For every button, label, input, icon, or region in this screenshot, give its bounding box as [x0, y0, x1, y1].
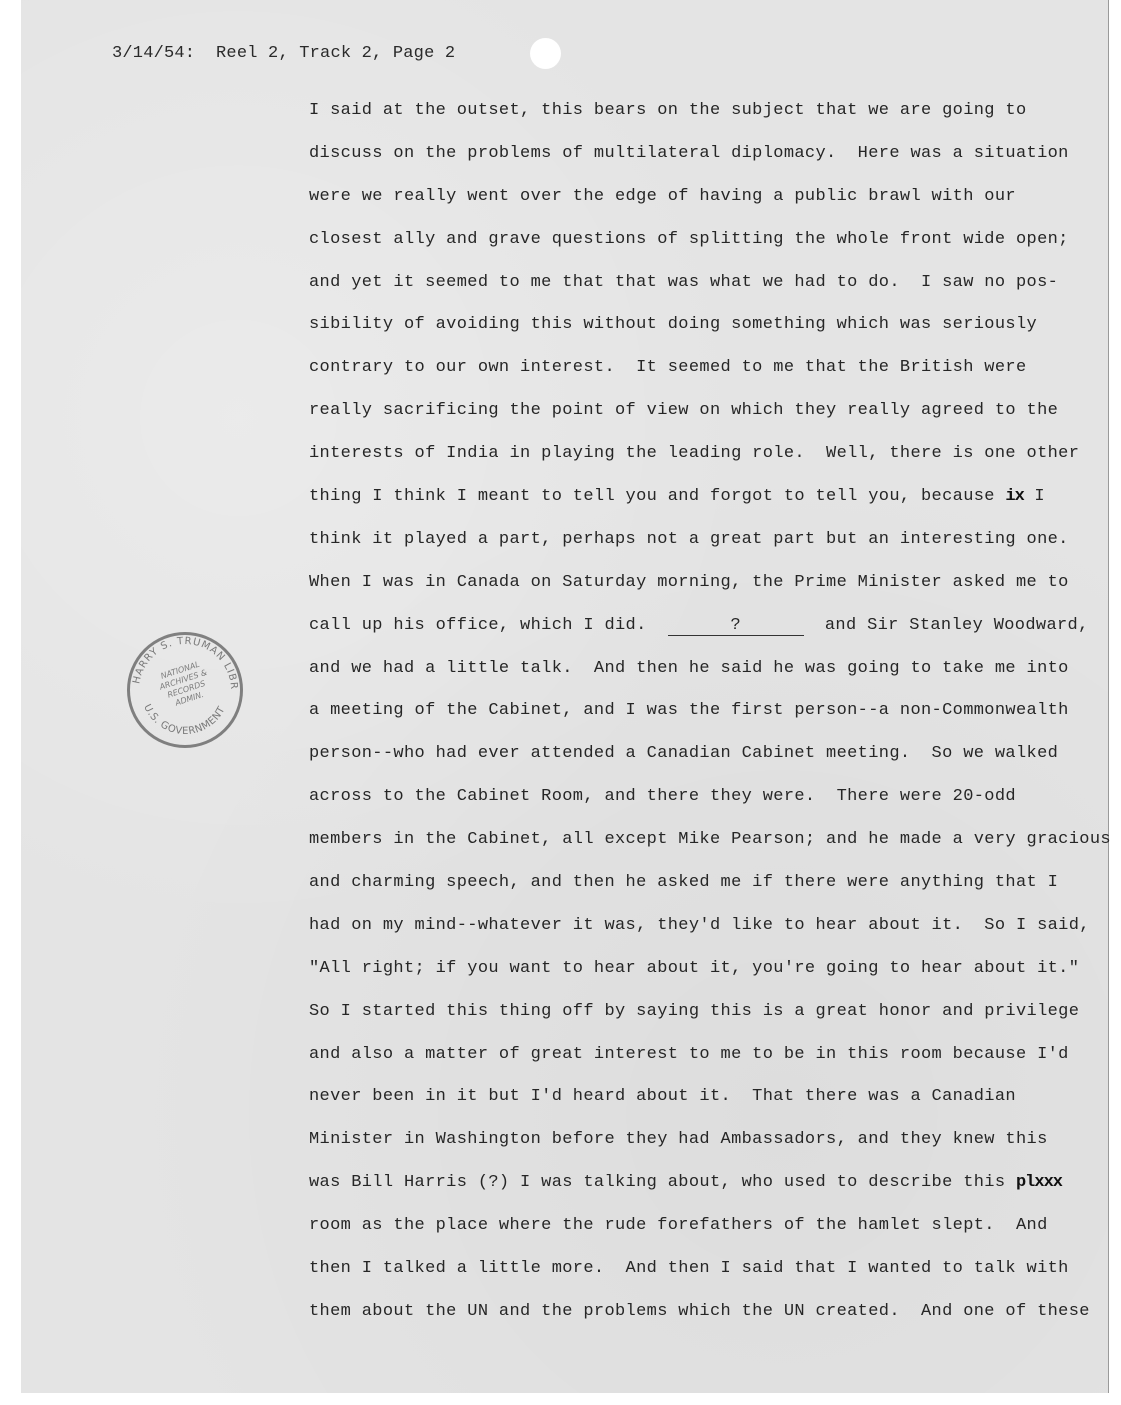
transcript-line: never been in it but I'd heard about it.…	[309, 1076, 1111, 1119]
transcript-line: really sacrificing the point of view on …	[309, 390, 1111, 433]
header-reel-track-page: Reel 2, Track 2, Page 2	[216, 44, 455, 63]
line-text: I	[1024, 487, 1045, 506]
line-text: thing I think I meant to tell you and fo…	[309, 487, 1005, 506]
transcript-line: interests of India in playing the leadin…	[309, 433, 1111, 476]
punch-hole	[530, 38, 561, 69]
stamp-bottom-text: U.S. GOVERNMENT	[141, 703, 228, 737]
line-text: call up his office, which I did.	[309, 616, 668, 635]
transcript-line: think it played a part, perhaps not a gr…	[309, 519, 1111, 562]
transcript-line: and also a matter of great interest to m…	[309, 1034, 1111, 1077]
transcript-body: I said at the outset, this bears on the …	[309, 90, 1111, 1334]
transcript-line: and we had a little talk. And then he sa…	[309, 648, 1111, 691]
transcript-line: room as the place where the rude forefat…	[309, 1205, 1111, 1248]
transcript-line: closest ally and grave questions of spli…	[309, 219, 1111, 262]
transcript-line: a meeting of the Cabinet, and I was the …	[309, 690, 1111, 733]
transcript-line: call up his office, which I did. ? and S…	[309, 605, 1111, 648]
transcript-line: was Bill Harris (?) I was talking about,…	[309, 1162, 1111, 1205]
transcript-line: them about the UN and the problems which…	[309, 1291, 1111, 1334]
transcript-line: Minister in Washington before they had A…	[309, 1119, 1111, 1162]
transcript-header: 3/14/54: Reel 2, Track 2, Page 2	[112, 44, 455, 63]
transcript-line: had on my mind--whatever it was, they'd …	[309, 905, 1111, 948]
transcript-line: "All right; if you want to hear about it…	[309, 948, 1111, 991]
transcript-line: sibility of avoiding this without doing …	[309, 304, 1111, 347]
document-page: 3/14/54: Reel 2, Track 2, Page 2 HARRY S…	[21, 0, 1108, 1393]
line-text: and Sir Stanley Woodward,	[804, 616, 1089, 635]
transcript-line: members in the Cabinet, all except Mike …	[309, 819, 1111, 862]
transcript-line: then I talked a little more. And then I …	[309, 1248, 1111, 1291]
line-text: was Bill Harris (?) I was talking about,…	[309, 1173, 1016, 1192]
svg-text:U.S. GOVERNMENT: U.S. GOVERNMENT	[141, 703, 228, 737]
transcript-line: person--who had ever attended a Canadian…	[309, 733, 1111, 776]
struck-out-word: plxxx	[1016, 1173, 1062, 1192]
struck-out-word: ix	[1005, 487, 1023, 506]
transcript-line: were we really went over the edge of hav…	[309, 176, 1111, 219]
transcript-line: contrary to our own interest. It seemed …	[309, 347, 1111, 390]
transcript-line: thing I think I meant to tell you and fo…	[309, 476, 1111, 519]
truman-library-stamp: HARRY S. TRUMAN LIBRARY U.S. GOVERNMENT …	[127, 632, 243, 748]
transcript-line: discuss on the problems of multilateral …	[309, 133, 1111, 176]
transcript-line: and yet it seemed to me that that was wh…	[309, 262, 1111, 305]
unknown-name-blank: ?	[668, 617, 804, 636]
transcript-line: across to the Cabinet Room, and there th…	[309, 776, 1111, 819]
header-date: 3/14/54:	[112, 44, 195, 63]
transcript-line: When I was in Canada on Saturday morning…	[309, 562, 1111, 605]
transcript-line: and charming speech, and then he asked m…	[309, 862, 1111, 905]
transcript-line: I said at the outset, this bears on the …	[309, 90, 1111, 133]
transcript-line: So I started this thing off by saying th…	[309, 991, 1111, 1034]
